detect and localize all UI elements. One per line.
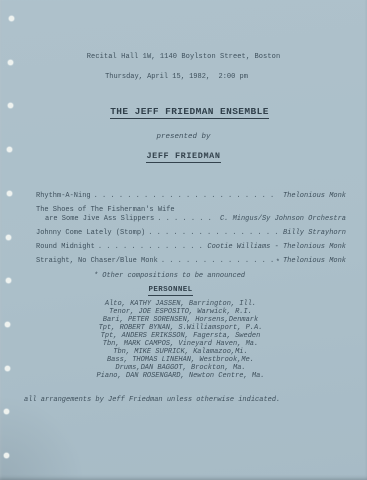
song-title: Straight, No Chaser/Blue Monk xyxy=(36,257,158,266)
composer-name: Billy Strayhorn xyxy=(283,229,346,238)
personnel-item: Tpt, ANDERS ERIKSSON, Fagersta, Sweden xyxy=(0,332,361,340)
composer-name-text: Thelonious Monk xyxy=(283,192,346,200)
program-item: Round Midnight. . . . . . . . . . . . . … xyxy=(36,243,346,252)
song-title-continued: are Some Jive Ass Slippers xyxy=(45,215,154,224)
punch-hole xyxy=(4,453,9,458)
presented-by-label: presented by xyxy=(0,133,367,141)
personnel-item: Tbn, MARK CAMPOS, Vineyard Haven, Ma. xyxy=(0,340,361,348)
program-item-line: are Some Jive Ass Slippers. . . . . . . … xyxy=(36,215,346,224)
punch-hole xyxy=(6,235,11,240)
personnel-list: Alto, KATHY JASSEN, Barrington, Ill.Teno… xyxy=(0,300,361,380)
personnel-item: Tenor, JOE ESPOSITO, Warwick, R.I. xyxy=(0,308,361,316)
dot-leader: . . . . . . . . . . . . . . . . . . . . … xyxy=(148,229,280,238)
personnel-heading-text: PERSONNEL xyxy=(148,286,192,296)
dot-leader: . . . . . . . . . . . . . . . . . . . . … xyxy=(94,192,280,201)
personnel-item: Drums,DAN BAGGOT, Brockton, Ma. xyxy=(0,364,361,372)
program-item-line: The Shoes of The Fisherman's Wife xyxy=(36,206,346,215)
program-item-line: Johnny Come Lately (Stomp). . . . . . . … xyxy=(36,229,346,238)
program-item-line: Round Midnight. . . . . . . . . . . . . … xyxy=(36,243,346,252)
punch-hole xyxy=(7,191,12,196)
date-line: Thursday, April 15, 1982, 2:00 pm xyxy=(0,73,353,81)
program-item-line: Straight, No Chaser/Blue Monk. . . . . .… xyxy=(36,257,346,266)
song-title: Johnny Come Lately (Stomp) xyxy=(36,229,145,238)
dot-leader: . . . . . . . . . . . . . . . . . . . . … xyxy=(98,243,205,252)
composer-name: Thelonious Monk xyxy=(283,192,346,201)
program-item: The Shoes of The Fisherman's Wifeare Som… xyxy=(36,206,346,224)
program-item: Straight, No Chaser/Blue Monk. . . . . .… xyxy=(36,257,346,266)
scanned-program-page: Recital Hall 1W, 1140 Boylston Street, B… xyxy=(0,0,367,480)
composer-name-text: Billy Strayhorn xyxy=(283,229,346,237)
composer-name: Cootie Williams - Thelonious Monk xyxy=(207,243,346,252)
venue-line: Recital Hall 1W, 1140 Boylston Street, B… xyxy=(0,53,367,61)
program-footnote: * Other compositions to be announced xyxy=(0,272,339,280)
dot-leader: . . . . . . . . . . . . . . . . . . . . … xyxy=(157,215,217,224)
presenter-name: JEFF FRIEDMAN xyxy=(0,151,367,163)
program-list: Rhythm-A-Ning. . . . . . . . . . . . . .… xyxy=(36,192,346,271)
personnel-item: Piano, DAN ROSENGARD, Newton Centre, Ma. xyxy=(0,372,361,380)
footnote-marker: * xyxy=(276,259,280,267)
personnel-item: Alto, KATHY JASSEN, Barrington, Ill. xyxy=(0,300,361,308)
composer-name-text: Thelonious Monk xyxy=(283,257,346,265)
personnel-heading: PERSONNEL xyxy=(0,286,341,296)
song-title: Rhythm-A-Ning xyxy=(36,192,91,201)
program-item-line: Rhythm-A-Ning. . . . . . . . . . . . . .… xyxy=(36,192,346,201)
ensemble-title-text: THE JEFF FRIEDMAN ENSEMBLE xyxy=(110,106,269,119)
presenter-name-text: JEFF FRIEDMAN xyxy=(146,151,220,163)
personnel-item: Bari, PETER SORENSEN, Horsens,Denmark xyxy=(0,316,361,324)
composer-name: *Thelonious Monk xyxy=(276,257,346,266)
song-title: Round Midnight xyxy=(36,243,95,252)
ensemble-title: THE JEFF FRIEDMAN ENSEMBLE xyxy=(12,106,367,119)
personnel-item: Tpt, ROBERT BYNAN, S.Williamsport, P.A. xyxy=(0,324,361,332)
composer-name-text: Cootie Williams - Thelonious Monk xyxy=(207,243,346,251)
program-item: Johnny Come Lately (Stomp). . . . . . . … xyxy=(36,229,346,238)
personnel-item: Tbn, MIKE SUPRICK, Kalamazoo,Mi. xyxy=(0,348,361,356)
arrangements-note: all arrangements by Jeff Friedman unless… xyxy=(24,396,280,404)
composer-name: C. Mingus/Sy Johnson Orchestra xyxy=(220,215,346,224)
song-title: The Shoes of The Fisherman's Wife xyxy=(36,206,175,215)
punch-hole xyxy=(9,16,14,21)
dot-leader: . . . . . . . . . . . . . . . . . . . . … xyxy=(161,257,273,266)
personnel-item: Bass, THOMAS LINEHAN, Westbrook,Me. xyxy=(0,356,361,364)
punch-hole xyxy=(4,409,9,414)
program-item: Rhythm-A-Ning. . . . . . . . . . . . . .… xyxy=(36,192,346,201)
